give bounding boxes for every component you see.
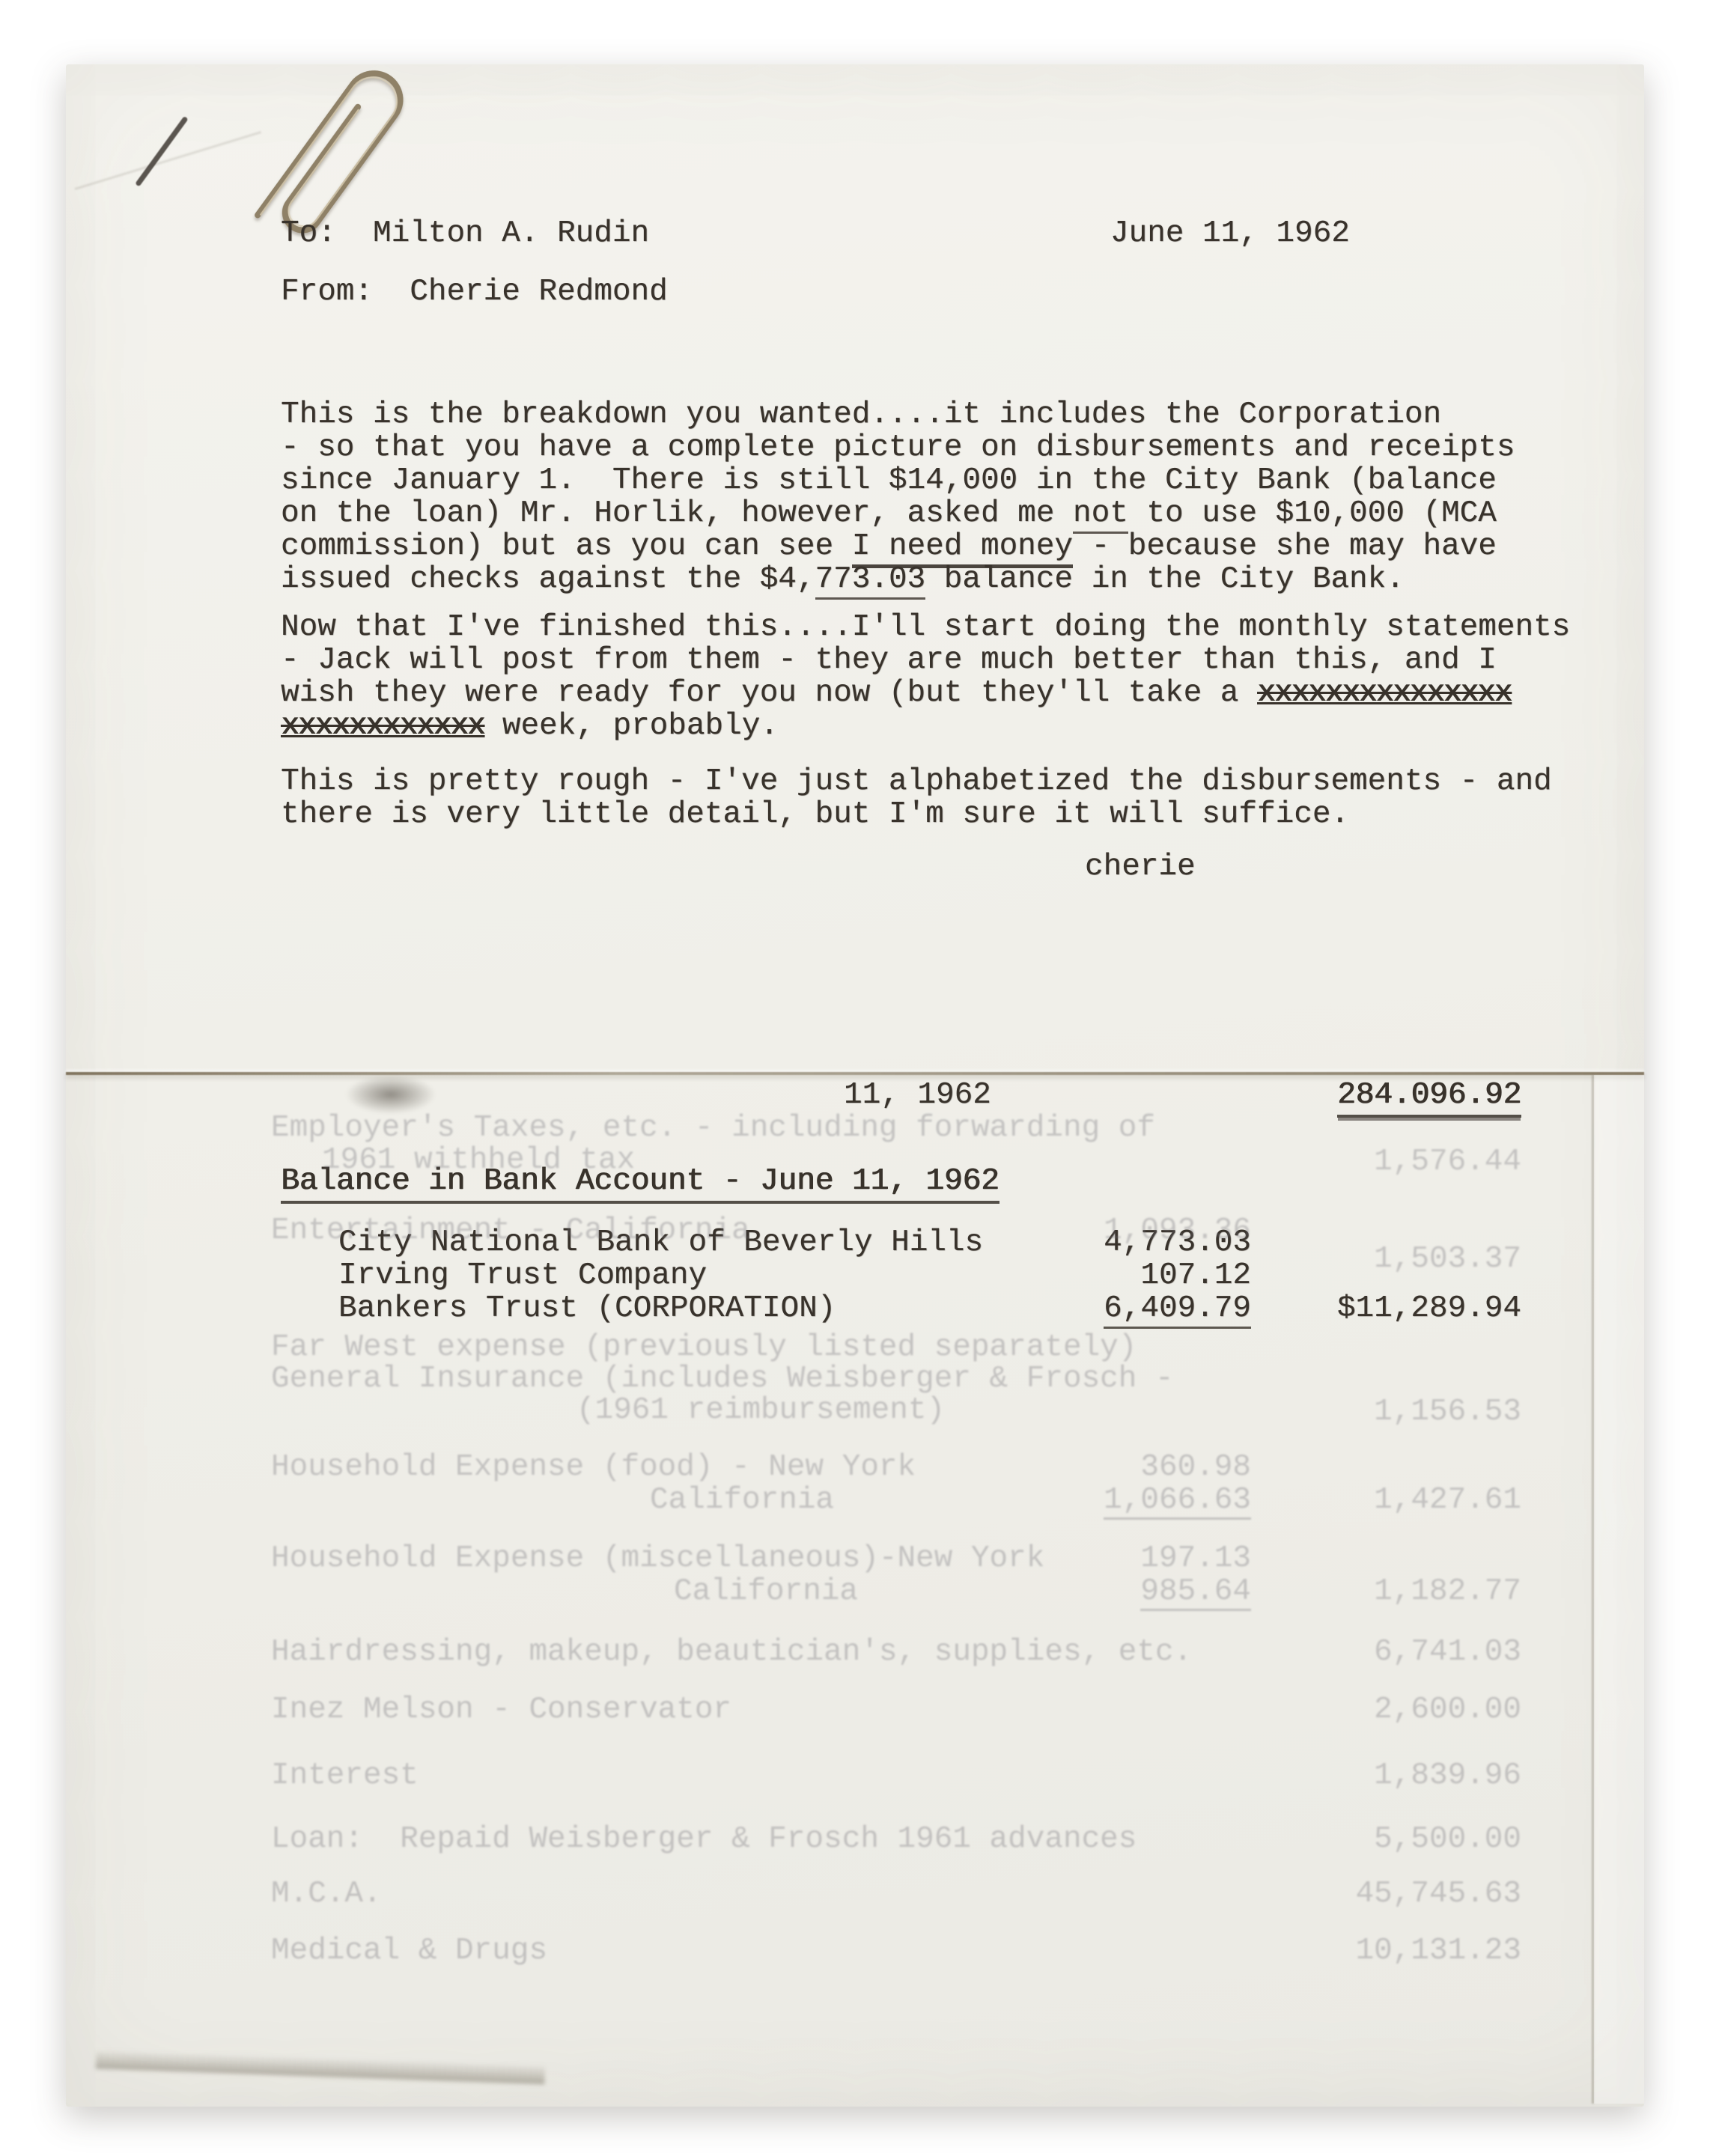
- memo-header-to: To: Milton A. Rudin: [281, 217, 649, 250]
- memo-paragraph-line: wish they were ready for you now (but th…: [281, 677, 1511, 710]
- bank-row-label: Bankers Trust (CORPORATION): [338, 1292, 836, 1325]
- memo-paragraph-line: commission) but as you can see I need mo…: [281, 530, 1497, 563]
- ghost-line: California: [674, 1575, 858, 1608]
- memo-paragraph-line: This is the breakdown you wanted....it i…: [281, 398, 1441, 431]
- ghost-total: 10,131.23: [1102, 1934, 1521, 1967]
- ghost-amount: 197.13: [832, 1542, 1251, 1575]
- ghost-total: 45,745.63: [1102, 1878, 1521, 1910]
- memo-paragraph-line: This is pretty rough - I've just alphabe…: [281, 765, 1552, 798]
- memo-paragraph-line: since January 1. There is still $14,000 …: [281, 464, 1497, 497]
- ghost-line: Inez Melson - Conservator: [271, 1693, 731, 1726]
- ghost-line: Interest: [271, 1759, 419, 1792]
- ghost-line: Hairdressing, makeup, beautician's, supp…: [271, 1636, 1192, 1669]
- ghost-total: 2,600.00: [1102, 1693, 1521, 1726]
- ghost-line: Medical & Drugs: [271, 1934, 547, 1967]
- memo-paragraph-line: - Jack will post from them - they are mu…: [281, 644, 1497, 677]
- ghost-line: California: [650, 1484, 834, 1517]
- ghost-line: Far West expense (previously listed sepa…: [271, 1331, 1137, 1364]
- ghost-total: 5,500.00: [1102, 1823, 1521, 1856]
- ghost-line: M.C.A.: [271, 1878, 382, 1910]
- memo-paragraph-line: issued checks against the $4,773.03 bala…: [281, 563, 1405, 596]
- memo-paragraph-line: on the loan) Mr. Horlik, however, asked …: [281, 497, 1497, 530]
- memo-paragraph-line: Now that I've finished this....I'll star…: [281, 611, 1570, 644]
- fold-line: [66, 1072, 1644, 1075]
- ghost-total: 1,576.44: [1102, 1145, 1521, 1178]
- ghost-total: 6,741.03: [1102, 1636, 1521, 1669]
- fold-smudge: [346, 1075, 436, 1114]
- memo-paragraph-line: xxxxxxxxxxxx week, probably.: [281, 710, 779, 743]
- ghost-line: 1961 withheld tax: [322, 1144, 635, 1177]
- ghost-line: (1961 reimbursement): [576, 1394, 945, 1427]
- memo-header-from: From: Cherie Redmond: [281, 275, 668, 308]
- memo-signature: cherie: [1085, 850, 1196, 883]
- page2-partial-date: 11, 1962: [844, 1079, 991, 1112]
- ghost-total: 1,503.37: [1102, 1243, 1521, 1276]
- ghost-line: General Insurance (includes Weisberger &…: [271, 1362, 1174, 1395]
- memo-paragraph-line: - so that you have a complete picture on…: [281, 431, 1515, 464]
- ghost-total: 1,839.96: [1102, 1759, 1521, 1792]
- photo-background: To: Milton A. RudinJune 11, 1962From: Ch…: [0, 0, 1710, 2156]
- ghost-line: Employer's Taxes, etc. - including forwa…: [271, 1112, 1155, 1145]
- ghost-line: Loan: Repaid Weisberger & Frosch 1961 ad…: [271, 1823, 1137, 1856]
- ghost-total: 1,427.61: [1102, 1484, 1521, 1517]
- ghost-line: Household Expense (food) - New York: [271, 1451, 916, 1484]
- ghost-total: 1,156.53: [1102, 1395, 1521, 1428]
- ghost-total: 1,182.77: [1102, 1575, 1521, 1608]
- page-edge-strip: [1594, 1075, 1644, 2104]
- memo-date: June 11, 1962: [1110, 217, 1350, 250]
- bank-grand-total: $11,289.94: [1102, 1292, 1521, 1325]
- ghost-line: Entertainment - California: [271, 1214, 750, 1247]
- ghost-amount: 360.98: [832, 1451, 1251, 1484]
- page2-total: 284.096.92: [1102, 1079, 1521, 1112]
- memo-paragraph-line: there is very little detail, but I'm sur…: [281, 798, 1349, 831]
- bank-row-label: Irving Trust Company: [338, 1259, 707, 1292]
